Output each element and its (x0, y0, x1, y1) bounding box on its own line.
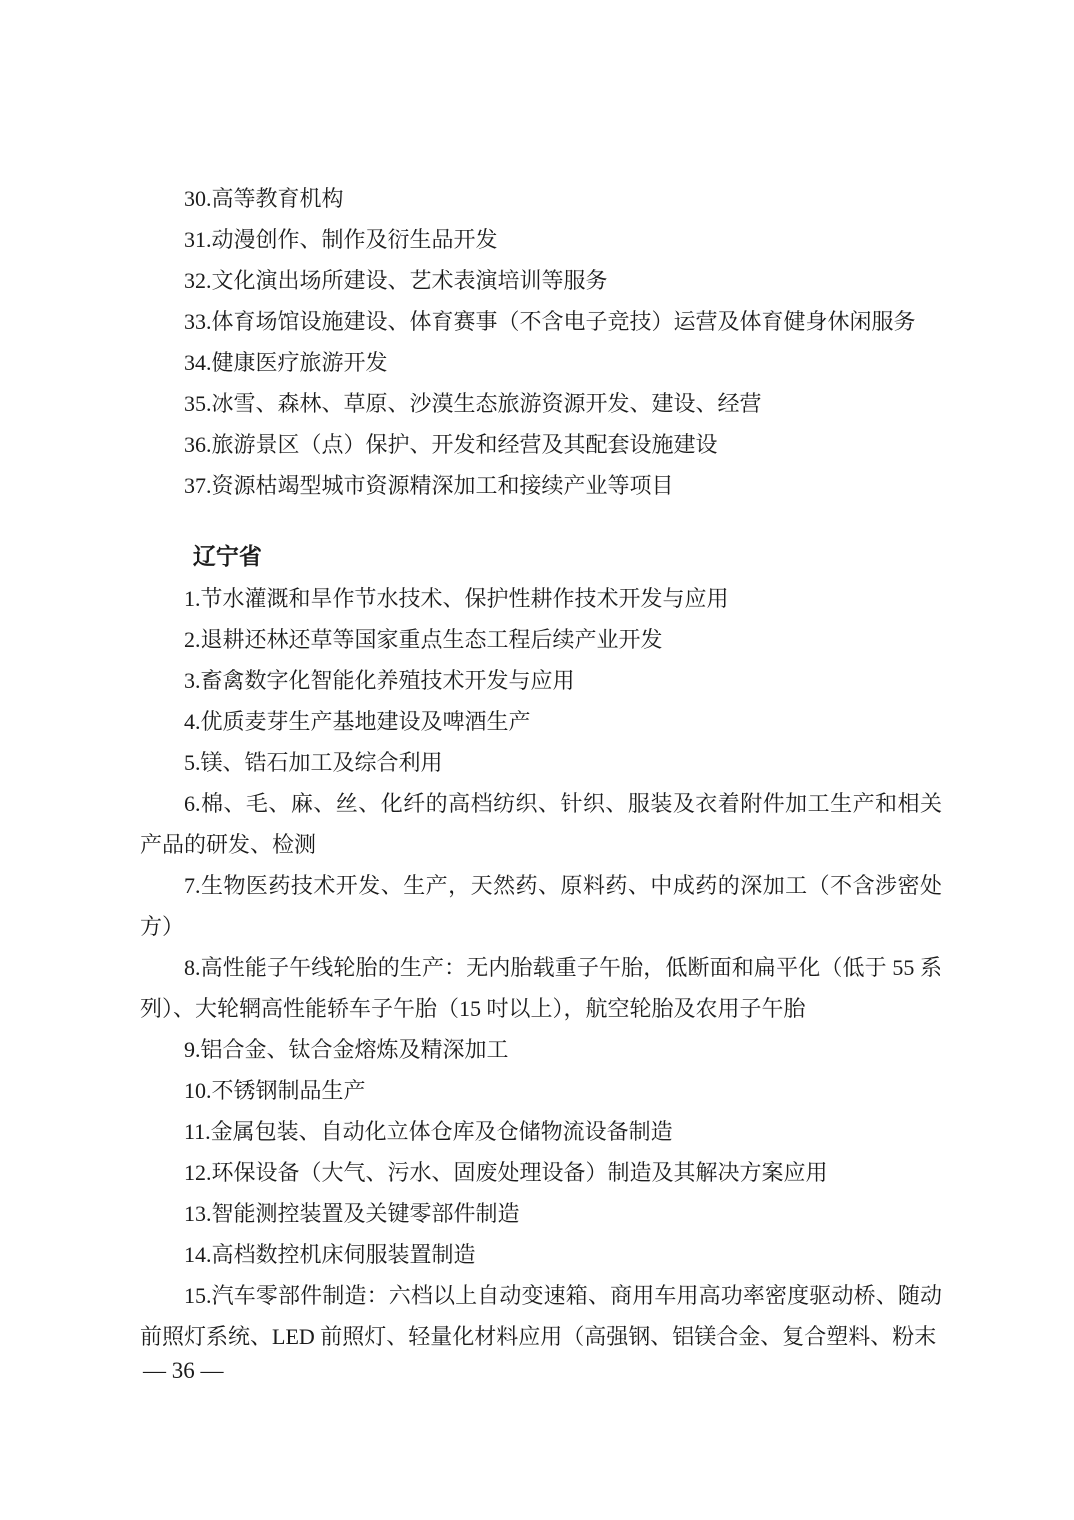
liaoning-item-11: 11.金属包装、自动化立体仓库及仓储物流设备制造 (140, 1111, 942, 1152)
document-content: 30.高等教育机构 31.动漫创作、制作及衍生品开发 32.文化演出场所建设、艺… (140, 178, 942, 1357)
liaoning-item-8: 8.高性能子午线轮胎的生产：无内胎载重子午胎，低断面和扁平化（低于 55 系列）… (140, 947, 942, 1029)
document-page: 30.高等教育机构 31.动漫创作、制作及衍生品开发 32.文化演出场所建设、艺… (0, 0, 1074, 1520)
list-item-35: 35.冰雪、森林、草原、沙漠生态旅游资源开发、建设、经营 (140, 383, 942, 424)
liaoning-item-10: 10.不锈钢制品生产 (140, 1070, 942, 1111)
section-heading-liaoning: 辽宁省 (140, 536, 942, 578)
list-item-36: 36.旅游景区（点）保护、开发和经营及其配套设施建设 (140, 424, 942, 465)
liaoning-item-12: 12.环保设备（大气、污水、固废处理设备）制造及其解决方案应用 (140, 1152, 942, 1193)
list-item-33: 33.体育场馆设施建设、体育赛事（不含电子竞技）运营及体育健身休闲服务 (140, 301, 942, 342)
list-item-32: 32.文化演出场所建设、艺术表演培训等服务 (140, 260, 942, 301)
liaoning-item-6: 6.棉、毛、麻、丝、化纤的高档纺织、针织、服装及衣着附件加工生产和相关产品的研发… (140, 783, 942, 865)
liaoning-item-14: 14.高档数控机床伺服装置制造 (140, 1234, 942, 1275)
liaoning-item-2: 2.退耕还林还草等国家重点生态工程后续产业开发 (140, 619, 942, 660)
page-number: — 36 — (143, 1356, 224, 1386)
liaoning-item-4: 4.优质麦芽生产基地建设及啤酒生产 (140, 701, 942, 742)
list-item-34: 34.健康医疗旅游开发 (140, 342, 942, 383)
list-item-31: 31.动漫创作、制作及衍生品开发 (140, 219, 942, 260)
liaoning-item-7: 7.生物医药技术开发、生产，天然药、原料药、中成药的深加工（不含涉密处方） (140, 865, 942, 947)
list-item-37: 37.资源枯竭型城市资源精深加工和接续产业等项目 (140, 465, 942, 506)
liaoning-item-1: 1.节水灌溉和旱作节水技术、保护性耕作技术开发与应用 (140, 578, 942, 619)
liaoning-item-5: 5.镁、锆石加工及综合利用 (140, 742, 942, 783)
liaoning-item-3: 3.畜禽数字化智能化养殖技术开发与应用 (140, 660, 942, 701)
liaoning-item-15: 15.汽车零部件制造：六档以上自动变速箱、商用车用高功率密度驱动桥、随动前照灯系… (140, 1275, 942, 1357)
liaoning-item-9: 9.铝合金、钛合金熔炼及精深加工 (140, 1029, 942, 1070)
list-item-30: 30.高等教育机构 (140, 178, 942, 219)
liaoning-item-13: 13.智能测控装置及关键零部件制造 (140, 1193, 942, 1234)
